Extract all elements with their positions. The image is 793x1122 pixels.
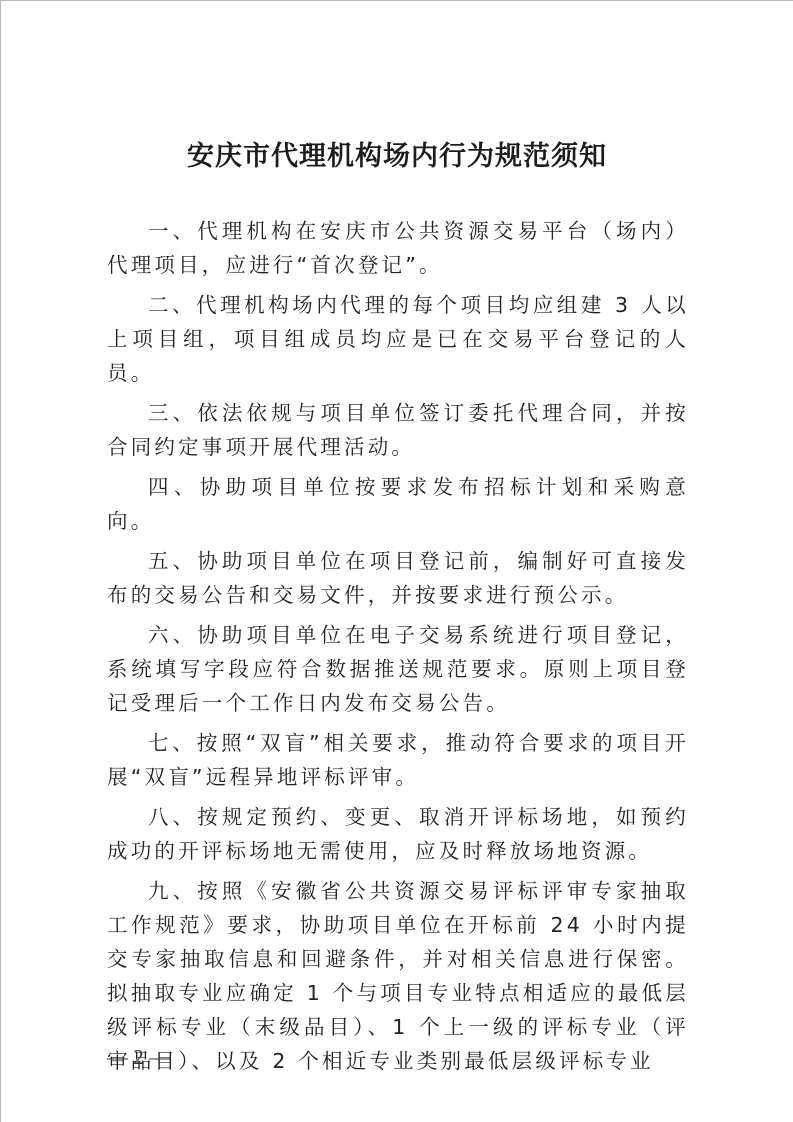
paragraph-7: 七、按照“双盲”相关要求，推动符合要求的项目开展“双盲”远程异地评标评审。: [107, 726, 689, 794]
paragraph-4: 四、协助项目单位按要求发布招标计划和采购意向。: [107, 470, 689, 538]
page-number: — 2 —: [107, 1045, 170, 1070]
paragraph-2: 二、代理机构场内代理的每个项目均应组建 3 人以上项目组，项目组成员均应是已在交…: [107, 288, 689, 390]
document-title: 安庆市代理机构场内行为规范须知: [1, 134, 793, 173]
paragraph-1: 一、代理机构在安庆市公共资源交易平台（场内）代理项目，应进行“首次登记”。: [107, 214, 689, 282]
document-body: 一、代理机构在安庆市公共资源交易平台（场内）代理项目，应进行“首次登记”。 二、…: [107, 214, 689, 1084]
document-page: 安庆市代理机构场内行为规范须知 一、代理机构在安庆市公共资源交易平台（场内）代理…: [0, 0, 793, 1122]
paragraph-5: 五、协助项目单位在项目登记前，编制好可直接发布的交易公告和交易文件，并按要求进行…: [107, 544, 689, 612]
paragraph-6: 六、协助项目单位在电子交易系统进行项目登记，系统填写字段应符合数据推送规范要求。…: [107, 618, 689, 720]
paragraph-9: 九、按照《安徽省公共资源交易评标评审专家抽取工作规范》要求，协助项目单位在开标前…: [107, 874, 689, 1078]
paragraph-8: 八、按规定预约、变更、取消开评标场地，如预约成功的开评标场地无需使用，应及时释放…: [107, 800, 689, 868]
paragraph-3: 三、依法依规与项目单位签订委托代理合同，并按合同约定事项开展代理活动。: [107, 396, 689, 464]
